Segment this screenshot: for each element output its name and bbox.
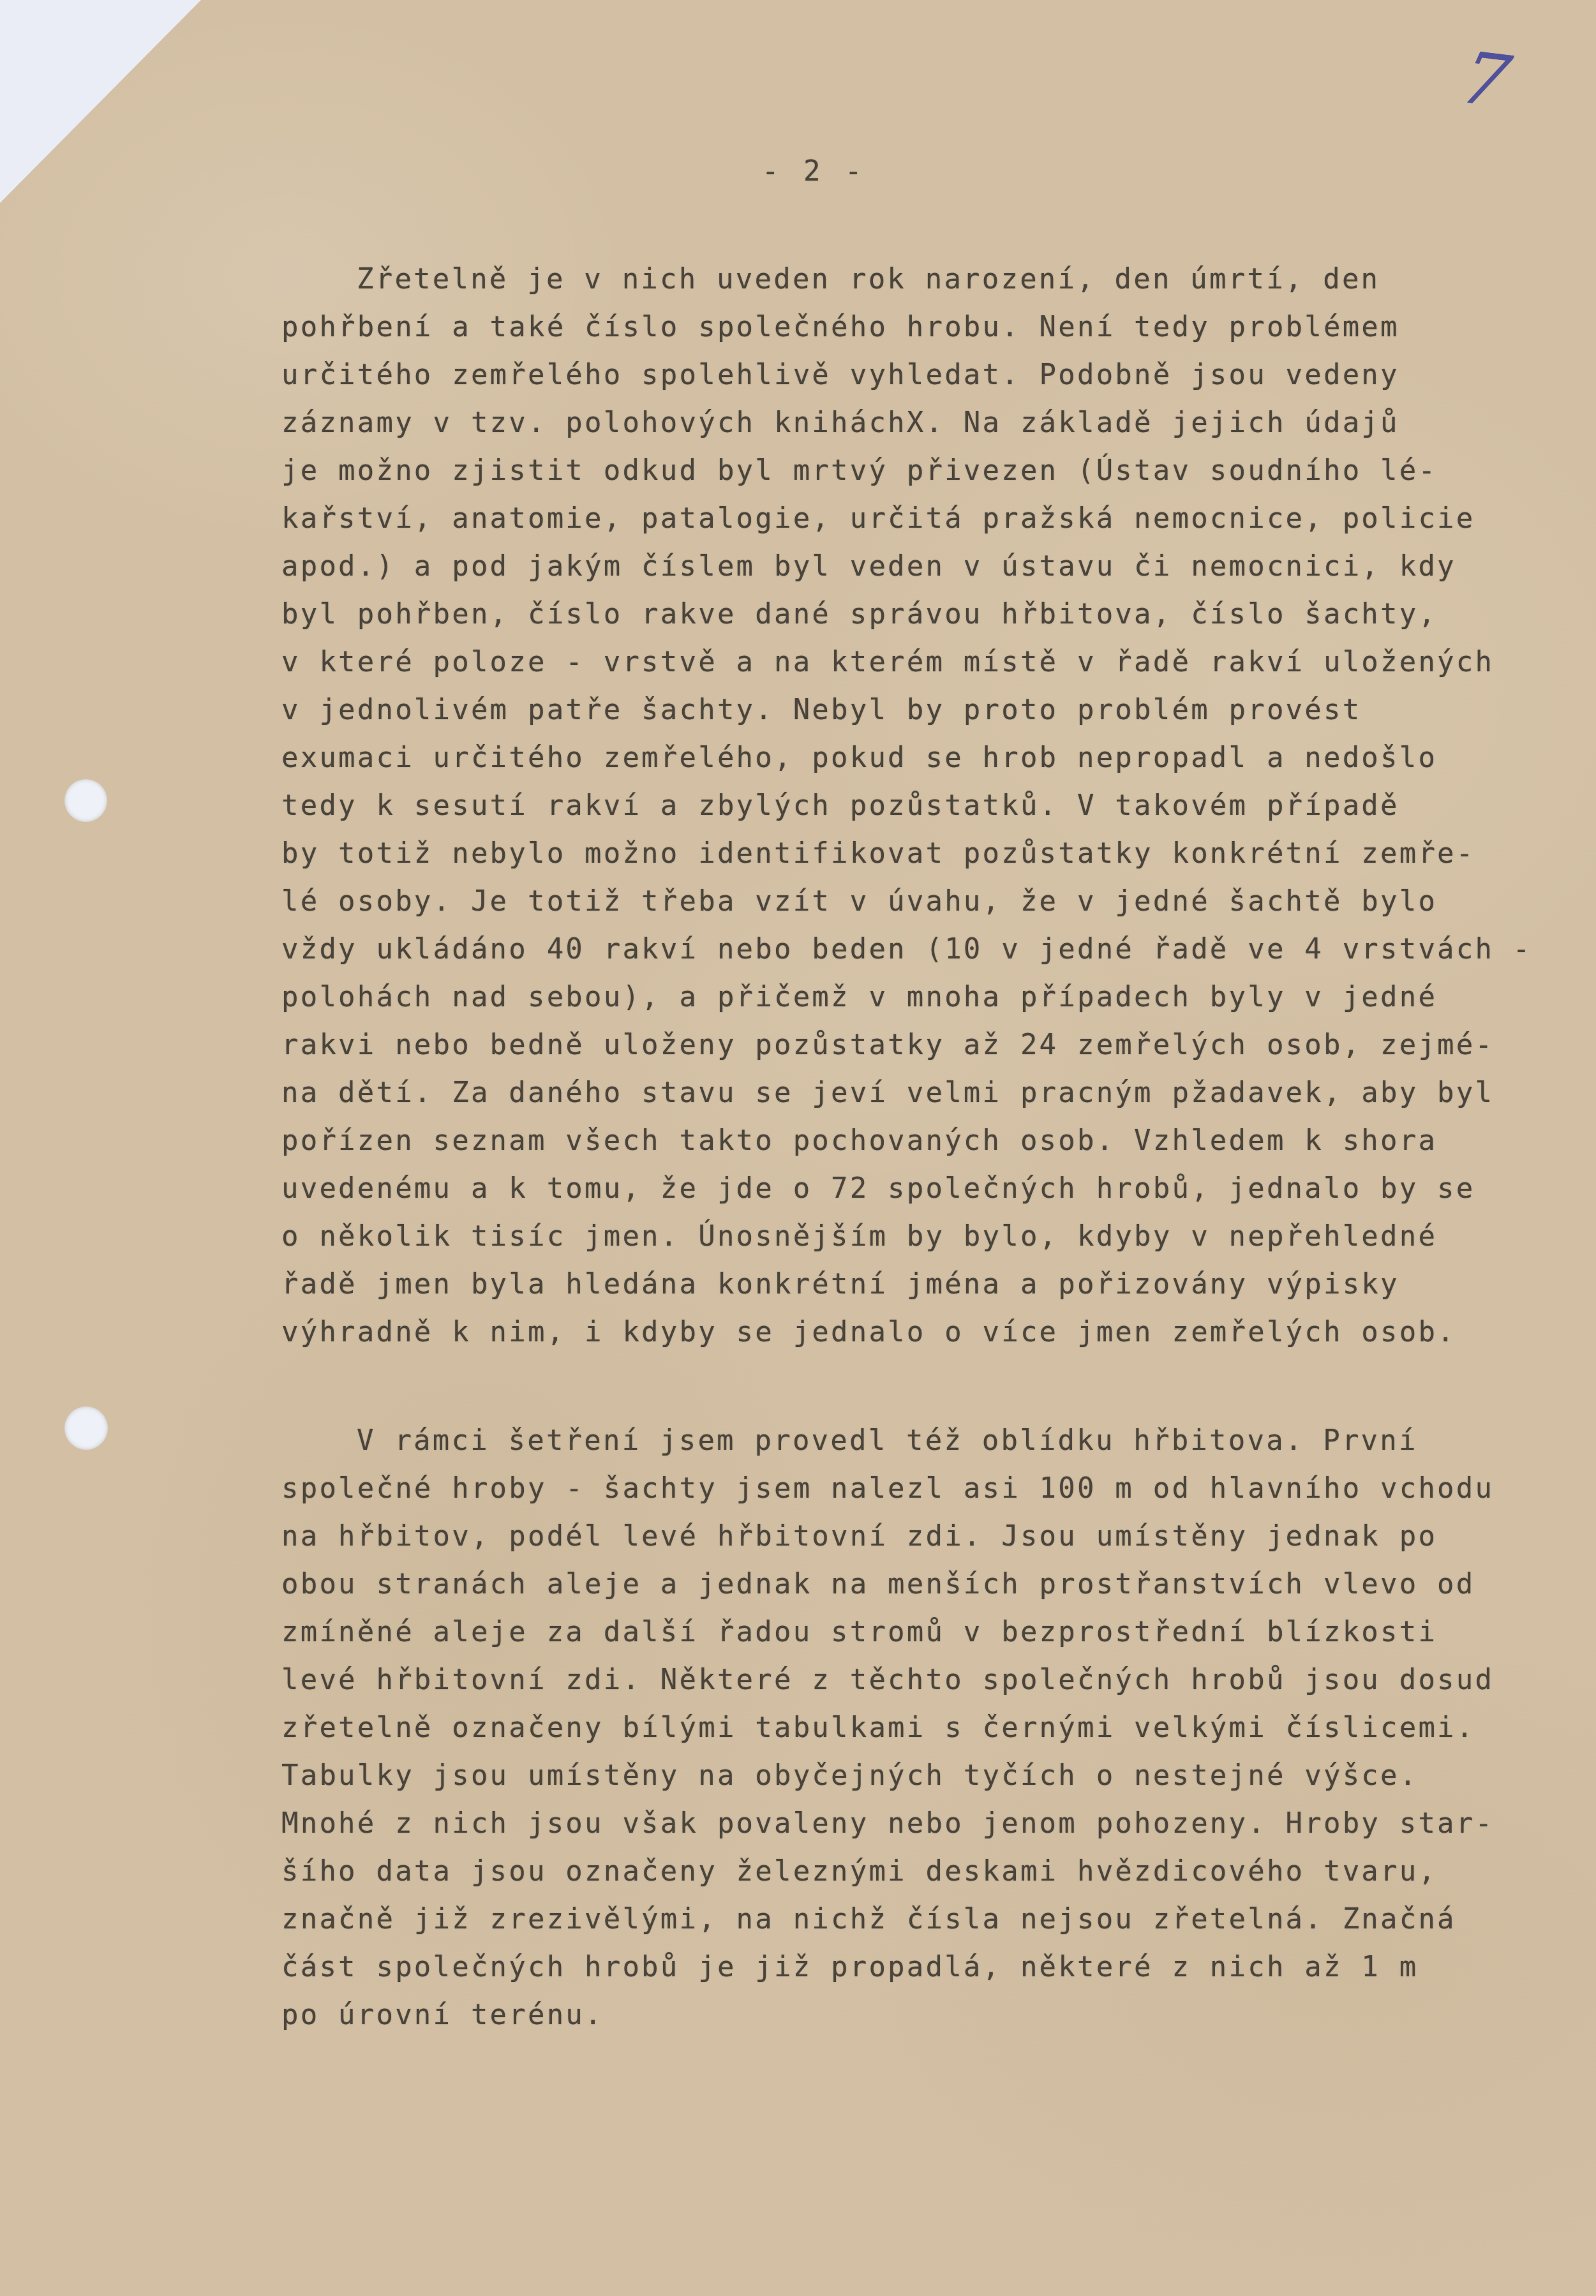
typewritten-text-block: Zřetelně je v nich uveden rok narození, … [281, 255, 1570, 2039]
text-line: na hřbitov, podél levé hřbitovní zdi. Js… [281, 1512, 1570, 1560]
text-line: na dětí. Za daného stavu se jeví velmi p… [281, 1069, 1570, 1117]
text-line: šího data jsou označeny železnými deskam… [281, 1847, 1570, 1895]
text-line: značně již zrezivělými, na nichž čísla n… [281, 1895, 1570, 1943]
text-line: Mnohé z nich jsou však povaleny nebo jen… [281, 1800, 1570, 1847]
punch-hole-top [64, 779, 107, 822]
text-line: o několik tisíc jmen. Únosnějším by bylo… [281, 1212, 1570, 1260]
text-line: tedy k sesutí rakví a zbylých pozůstatků… [281, 782, 1570, 830]
text-line: pohřbení a také číslo společného hrobu. … [281, 303, 1570, 351]
text-line: společné hroby - šachty jsem nalezl asi … [281, 1465, 1570, 1512]
paragraph-cemetery-inspection: V rámci šetření jsem provedl též oblídku… [281, 1417, 1570, 2039]
text-line: Tabulky jsou umístěny na obyčejných tyčí… [281, 1752, 1570, 1800]
text-line: lé osoby. Je totiž třeba vzít v úvahu, ž… [281, 877, 1570, 925]
text-line: exumaci určitého zemřelého, pokud se hro… [281, 734, 1570, 782]
text-line: vždy ukládáno 40 rakví nebo beden (10 v … [281, 925, 1570, 973]
punch-hole-bottom [64, 1406, 108, 1450]
text-line: apod.) a pod jakým číslem byl veden v ús… [281, 542, 1570, 590]
text-line: řadě jmen byla hledána konkrétní jména a… [281, 1260, 1570, 1308]
text-line: záznamy v tzv. polohových kniháchX. Na z… [281, 399, 1570, 447]
typed-page-number: - 2 - [762, 155, 865, 188]
text-line: zmíněné aleje za další řadou stromů v be… [281, 1608, 1570, 1656]
text-line: rakvi nebo bedně uloženy pozůstatky až 2… [281, 1021, 1570, 1069]
text-line: Zřetelně je v nich uveden rok narození, … [281, 255, 1570, 303]
text-line: v které poloze - vrstvě a na kterém míst… [281, 638, 1570, 686]
text-line: levé hřbitovní zdi. Některé z těchto spo… [281, 1656, 1570, 1704]
text-line: určitého zemřelého spolehlivě vyhledat. … [281, 351, 1570, 399]
text-line: uvedenému a k tomu, že jde o 72 společný… [281, 1165, 1570, 1212]
text-line: obou stranách aleje a jednak na menších … [281, 1560, 1570, 1608]
text-line: po úrovní terénu. [281, 1991, 1570, 2039]
text-line: zřetelně označeny bílými tabulkami s čer… [281, 1704, 1570, 1752]
handwritten-page-number: 7 [1452, 40, 1542, 137]
scanned-document-page: 7 - 2 - Zřetelně je v nich uveden rok na… [0, 0, 1596, 2296]
paragraph-records-description: Zřetelně je v nich uveden rok narození, … [281, 255, 1570, 1356]
cut-corner-scanner-background [0, 0, 211, 211]
text-line: kařství, anatomie, patalogie, určitá pra… [281, 495, 1570, 542]
text-line: pořízen seznam všech takto pochovaných o… [281, 1117, 1570, 1165]
text-line: V rámci šetření jsem provedl též oblídku… [281, 1417, 1570, 1465]
text-line: je možno zjistit odkud byl mrtvý přiveze… [281, 447, 1570, 495]
text-line: část společných hrobů je již propadlá, n… [281, 1943, 1570, 1991]
text-line: polohách nad sebou), a přičemž v mnoha p… [281, 973, 1570, 1021]
text-line: byl pohřben, číslo rakve dané správou hř… [281, 590, 1570, 638]
text-line: v jednolivém patře šachty. Nebyl by prot… [281, 686, 1570, 734]
text-line: by totiž nebylo možno identifikovat pozů… [281, 830, 1570, 877]
text-line: výhradně k nim, i kdyby se jednalo o víc… [281, 1308, 1570, 1356]
